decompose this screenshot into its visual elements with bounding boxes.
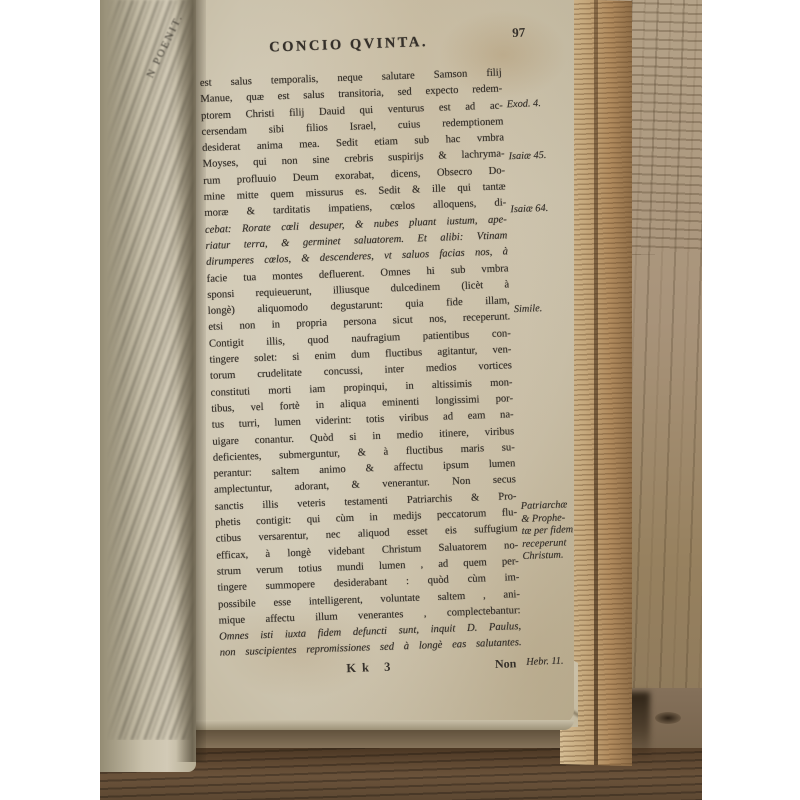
running-header: CONCIO QVINTA. <box>198 32 498 59</box>
printed-page-content: CONCIO QVINTA. 97 est salus temporalis, … <box>198 17 593 683</box>
body-text: est salus temporalis, neque salutare Sam… <box>200 65 522 662</box>
margin-note-line: Isaiæ 64. <box>510 202 580 217</box>
catchword: Non <box>495 656 517 672</box>
margin-note-line: Exod. 4. <box>507 97 577 112</box>
page-bottom-edge <box>188 720 574 730</box>
margin-note-line: Hebr. 11. <box>526 654 596 669</box>
header-row: CONCIO QVINTA. 97 <box>198 30 529 68</box>
book-photograph: CONCIO QVINTA. 97 est salus temporalis, … <box>100 0 702 800</box>
right-page: CONCIO QVINTA. 97 est salus temporalis, … <box>188 0 574 724</box>
margin-note-line: Simile. <box>514 302 584 317</box>
margin-note: Simile. <box>514 302 584 317</box>
book-gutter-shadow <box>176 0 206 762</box>
margin-note: Isaiæ 45. <box>508 149 578 164</box>
margin-note: Patriarchæ& Prophe-tæ per fidemreceperun… <box>521 499 593 564</box>
photo-canvas: CONCIO QVINTA. 97 est salus temporalis, … <box>0 0 800 800</box>
margin-notes: Exod. 4.Isaiæ 45.Isaiæ 64.Simile.Patriar… <box>504 17 574 19</box>
margin-note: Isaiæ 64. <box>510 202 580 217</box>
page-number: 97 <box>512 25 526 41</box>
wood-knot <box>655 712 681 724</box>
margin-note-line: Christum. <box>522 549 592 564</box>
margin-note-line: Isaiæ 45. <box>508 149 578 164</box>
margin-note: Hebr. 11. <box>526 654 596 669</box>
fore-edge-crease <box>594 0 598 765</box>
margin-note: Exod. 4. <box>507 97 577 112</box>
